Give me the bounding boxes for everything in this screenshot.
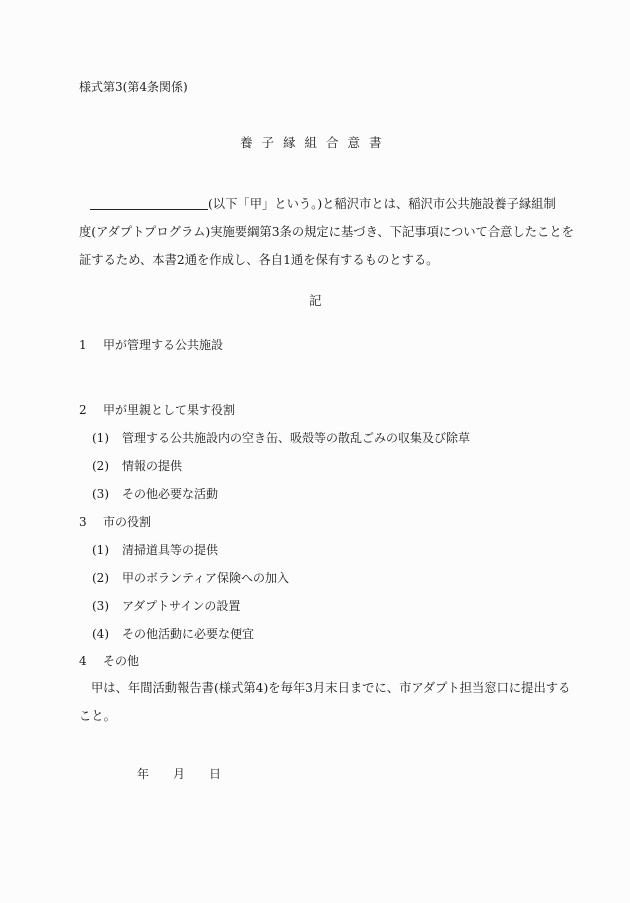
item-number: (3) bbox=[92, 488, 122, 500]
title-char: 組 bbox=[305, 137, 327, 150]
section-3-item-4: (4)その他活動に必要な便宜 bbox=[92, 628, 254, 640]
item-number: (2) bbox=[92, 460, 122, 472]
item-text: 情報の提供 bbox=[122, 459, 182, 473]
section-number: 2 bbox=[79, 404, 103, 416]
section-number: 3 bbox=[79, 516, 103, 528]
section-1-heading: 1甲が管理する公共施設 bbox=[79, 339, 223, 351]
section-4-text-line-2: こと。 bbox=[79, 710, 116, 722]
ki-heading: 記 bbox=[309, 295, 322, 308]
section-2-heading: 2甲が里親として果す役割 bbox=[79, 404, 235, 416]
year-label: 年 bbox=[137, 768, 173, 780]
day-label: 日 bbox=[209, 768, 221, 780]
section-2-item-2: (2)情報の提供 bbox=[92, 460, 182, 472]
document-title: 養子縁組合意書 bbox=[240, 137, 391, 150]
title-char: 縁 bbox=[283, 137, 305, 150]
title-char: 書 bbox=[369, 137, 391, 150]
item-number: (4) bbox=[92, 628, 122, 640]
item-text: 清掃道具等の提供 bbox=[122, 543, 218, 557]
item-number: (1) bbox=[92, 544, 122, 556]
title-char: 合 bbox=[326, 137, 348, 150]
title-char: 意 bbox=[348, 137, 370, 150]
section-3-item-1: (1)清掃道具等の提供 bbox=[92, 544, 218, 556]
item-text: 甲のボランティア保険への加入 bbox=[122, 571, 289, 585]
party-name-blank-line bbox=[90, 209, 208, 210]
section-3-item-3: (3)アダプトサインの設置 bbox=[92, 600, 240, 612]
intro-line-2: 度(アダプトプログラム)実施要綱第3条の規定に基づき、下記事項について合意したこ… bbox=[79, 226, 574, 238]
item-number: (2) bbox=[92, 572, 122, 584]
form-number: 様式第3(第4条関係) bbox=[79, 81, 188, 93]
intro-line-3: 証するため、本書2通を作成し、各自1通を保有するものとする。 bbox=[79, 254, 438, 266]
item-number: (1) bbox=[92, 432, 122, 444]
section-4-text-line-1: 甲は、年間活動報告書(様式第4)を毎年3月末日までに、市アダプト担当窓口に提出す… bbox=[79, 682, 570, 694]
item-number: (3) bbox=[92, 600, 122, 612]
section-number: 1 bbox=[79, 339, 103, 351]
item-text: 管理する公共施設内の空き缶、吸殻等の散乱ごみの収集及び除草 bbox=[122, 431, 470, 445]
section-heading-text: 市の役割 bbox=[103, 515, 151, 529]
section-2-item-3: (3)その他必要な活動 bbox=[92, 488, 218, 500]
section-3-heading: 3市の役割 bbox=[79, 516, 151, 528]
item-text: その他必要な活動 bbox=[122, 487, 218, 501]
date-line: 年月日 bbox=[137, 768, 221, 780]
section-heading-text: 甲が管理する公共施設 bbox=[103, 338, 223, 352]
section-number: 4 bbox=[79, 655, 103, 667]
month-label: 月 bbox=[173, 768, 209, 780]
section-4-text: 甲は、年間活動報告書(様式第4)を毎年3月末日までに、市アダプト担当窓口に提出す… bbox=[91, 681, 570, 695]
title-char: 養 bbox=[240, 137, 262, 150]
item-text: アダプトサインの設置 bbox=[122, 599, 240, 613]
section-2-item-1: (1)管理する公共施設内の空き缶、吸殻等の散乱ごみの収集及び除草 bbox=[92, 432, 470, 444]
item-text: その他活動に必要な便宜 bbox=[122, 627, 254, 641]
section-3-item-2: (2)甲のボランティア保険への加入 bbox=[92, 572, 289, 584]
section-4-heading: 4その他 bbox=[79, 655, 139, 667]
intro-line-1: (以下「甲」という。)と稲沢市とは、稲沢市公共施設養子縁組制 bbox=[208, 198, 556, 210]
section-heading-text: その他 bbox=[103, 654, 139, 668]
title-char: 子 bbox=[262, 137, 284, 150]
section-heading-text: 甲が里親として果す役割 bbox=[103, 403, 235, 417]
